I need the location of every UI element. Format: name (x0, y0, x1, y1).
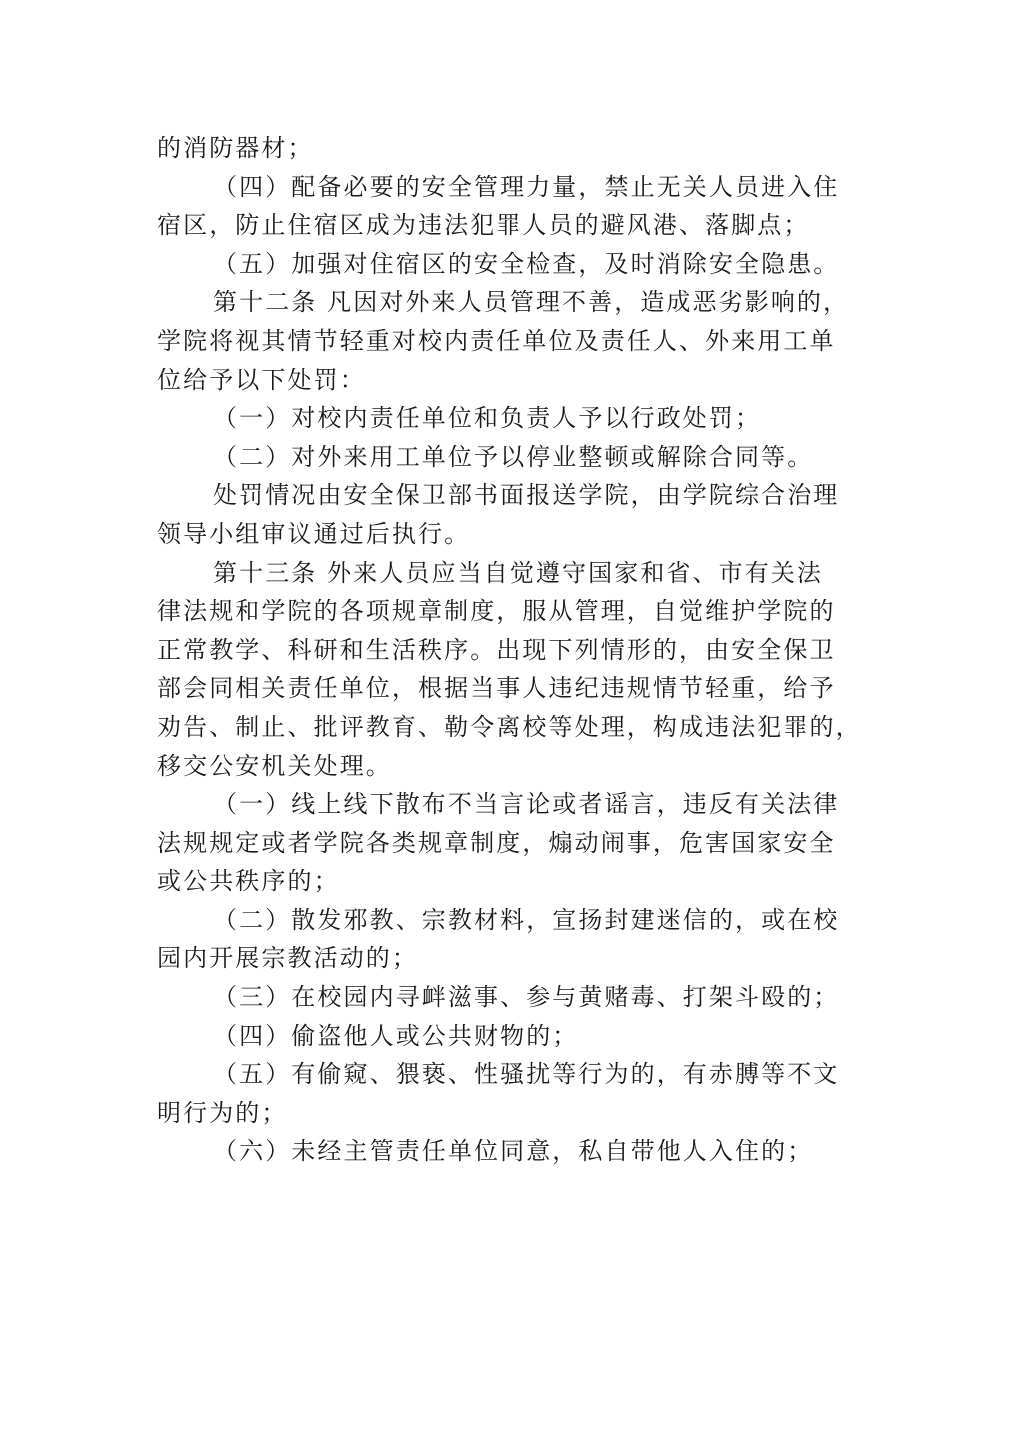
text-line-clause-5: （五）有偷窥、猥亵、性骚扰等行为的，有赤膊等不文 (157, 1055, 869, 1094)
text-line: 劝告、制止、批评教育、勒令离校等处理，构成违法犯罪的， (157, 708, 869, 747)
text-line-clause-1: （一）对校内责任单位和负责人予以行政处罚； (157, 399, 869, 438)
text-line-clause-1: （一）线上线下散布不当言论或者谣言，违反有关法律 (157, 785, 869, 824)
text-line: 园内开展宗教活动的； (157, 939, 869, 978)
text-line: 法规规定或者学院各类规章制度，煽动闹事，危害国家安全 (157, 824, 869, 863)
text-line: 正常教学、科研和生活秩序。出现下列情形的，由安全保卫 (157, 631, 869, 670)
text-line-paragraph: 处罚情况由安全保卫部书面报送学院，由学院综合治理 (157, 476, 869, 515)
text-line-clause-4: （四）偷盗他人或公共财物的； (157, 1017, 869, 1056)
text-line-clause-6: （六）未经主管责任单位同意，私自带他人入住的； (157, 1132, 869, 1171)
article-13-heading-line: 第十三条 外来人员应当自觉遵守国家和省、市有关法 (157, 554, 869, 593)
text-line: 学院将视其情节轻重对校内责任单位及责任人、外来用工单 (157, 322, 869, 361)
article-12-heading-line: 第十二条 凡因对外来人员管理不善，造成恶劣影响的， (157, 283, 869, 322)
text-line: 领导小组审议通过后执行。 (157, 515, 869, 554)
document-page: 的消防器材； （四）配备必要的安全管理力量，禁止无关人员进入住 宿区，防止住宿区… (157, 129, 869, 1171)
text-line: 移交公安机关处理。 (157, 747, 869, 786)
text-line-clause-3: （三）在校园内寻衅滋事、参与黄赌毒、打架斗殴的； (157, 978, 869, 1017)
text-line-clause-5: （五）加强对住宿区的安全检查，及时消除安全隐患。 (157, 245, 869, 284)
text-line: 明行为的； (157, 1094, 869, 1133)
text-line-clause-2: （二）对外来用工单位予以停业整顿或解除合同等。 (157, 438, 869, 477)
text-line: 的消防器材； (157, 129, 869, 168)
text-line-clause-2: （二）散发邪教、宗教材料，宣扬封建迷信的，或在校 (157, 901, 869, 940)
text-line: 宿区，防止住宿区成为违法犯罪人员的避风港、落脚点； (157, 206, 869, 245)
text-line: 部会同相关责任单位，根据当事人违纪违规情节轻重，给予 (157, 669, 869, 708)
text-line-clause-4: （四）配备必要的安全管理力量，禁止无关人员进入住 (157, 168, 869, 207)
text-line: 律法规和学院的各项规章制度，服从管理，自觉维护学院的 (157, 592, 869, 631)
text-line: 位给予以下处罚： (157, 361, 869, 400)
text-line: 或公共秩序的； (157, 862, 869, 901)
